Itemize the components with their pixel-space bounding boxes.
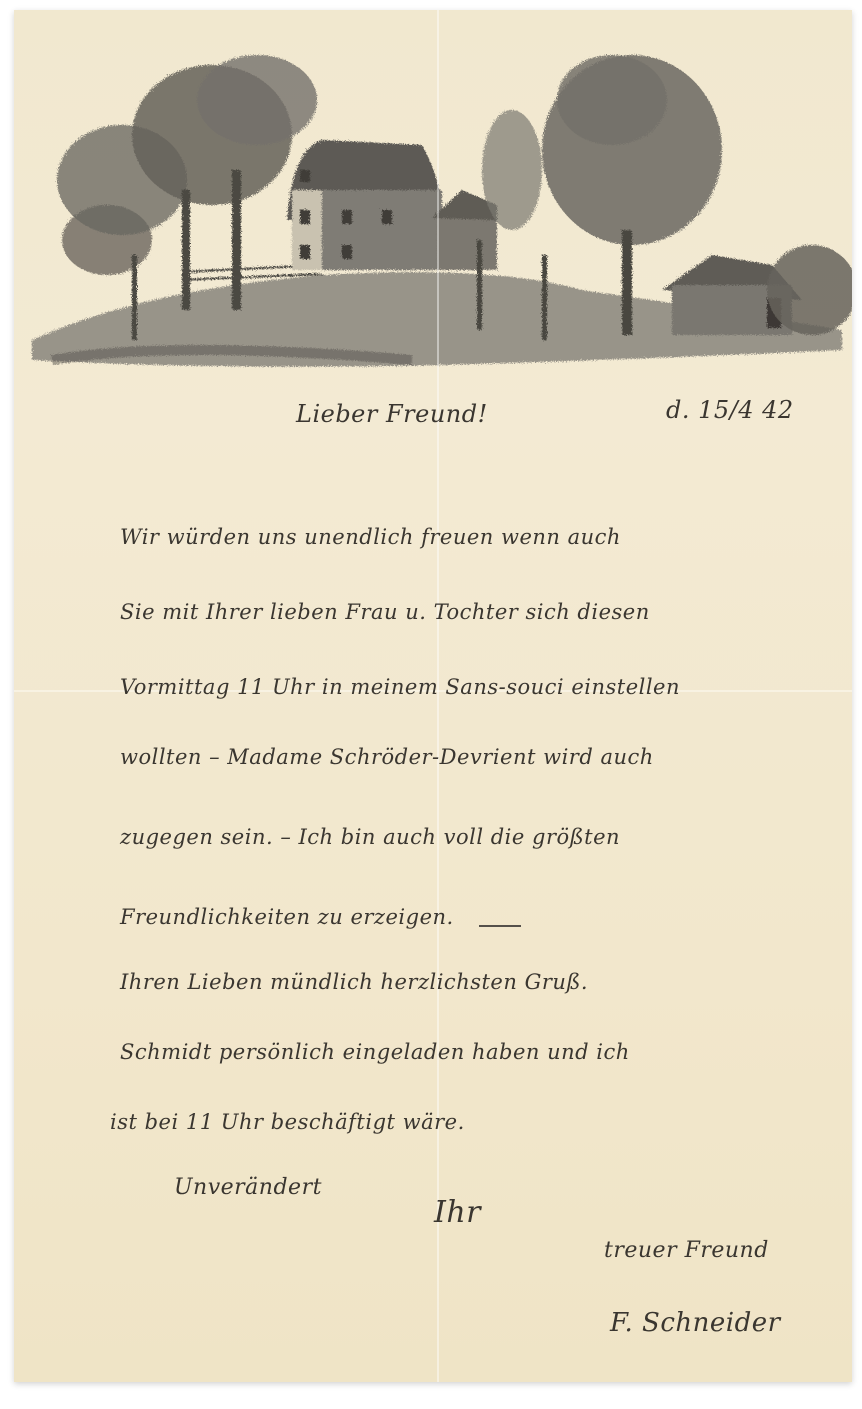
body-line: zugegen sein. – Ich bin auch voll die gr… <box>120 825 620 849</box>
body-line: ist bei 11 Uhr beschäftigt wäre. <box>110 1110 465 1134</box>
closing: Unverändert <box>174 1175 322 1200</box>
body-line: Schmidt persönlich eingeladen haben und … <box>120 1040 630 1064</box>
signature-line-1: treuer Freund <box>604 1238 769 1263</box>
salutation: Lieber Freund! <box>296 400 488 428</box>
letter-paper: Lieber Freund! d. 15/4 42 Wir würden uns… <box>14 10 852 1382</box>
pen-dash <box>479 925 521 927</box>
signature-name: F. Schneider <box>610 1308 781 1338</box>
body-line: Vormittag 11 Uhr in meinem Sans-souci ei… <box>120 675 680 699</box>
body-line: wollten – Madame Schröder-Devrient wird … <box>120 745 654 769</box>
body-line: Ihren Lieben mündlich herzlichsten Gruß. <box>120 970 588 994</box>
letter-date: d. 15/4 42 <box>666 396 794 424</box>
body-line: Wir würden uns unendlich freuen wenn auc… <box>120 525 621 549</box>
body-line: Freundlichkeiten zu erzeigen. <box>120 905 454 929</box>
closing-abbreviation: Ihr <box>434 1195 481 1230</box>
body-line: Sie mit Ihrer lieben Frau u. Tochter sic… <box>120 600 650 624</box>
